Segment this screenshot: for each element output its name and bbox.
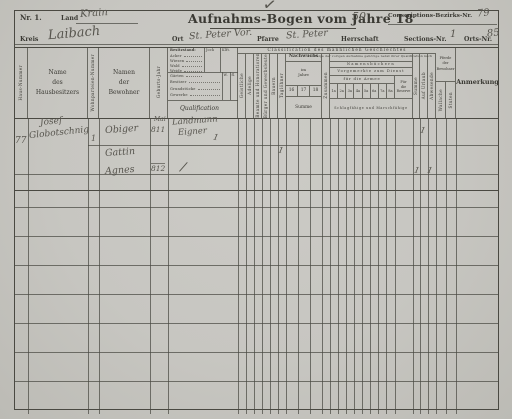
kreis-label: Kreis — [20, 36, 38, 43]
grid-vline — [28, 119, 29, 414]
grid-vline — [330, 119, 331, 414]
entry-bewohner-3: Agnes — [105, 164, 135, 177]
col-geburtsjahr: Geburts-Jahr — [150, 47, 168, 118]
grid-vline — [254, 119, 255, 414]
namensbuecher-text: Namensbüchern — [347, 62, 395, 66]
entry-geburt-1a: Mai — [154, 116, 166, 123]
right-col-abwesende: Abwesende — [428, 54, 436, 119]
entry-bewohner-2: Gattin — [105, 146, 136, 159]
header-rule-1 — [14, 44, 499, 45]
besitz-unit-fl: fl. — [232, 73, 236, 77]
grid-vline — [386, 119, 387, 414]
pferde-col-label: Stuten — [448, 92, 453, 109]
grid-hline — [14, 352, 499, 353]
wert-row-label: Grundstücke — [170, 87, 196, 91]
conscription-label: Conscriptions-Bezirks-Nr. — [388, 13, 472, 19]
pferde-col-stuten: Stuten — [446, 82, 456, 118]
conscription-value: 79 — [476, 7, 490, 19]
census-form-page: Nr. 1. Land Krain Aufnahms-Bogen vom Jah… — [0, 0, 512, 419]
grid-vline — [150, 119, 151, 414]
col-bewohner-l3: Bewohner — [109, 89, 140, 96]
vorgemerkt-bottom: Schlagfähige und Marschfähige — [330, 99, 413, 118]
grid-vline — [99, 119, 100, 414]
armee-text: für die Armee — [343, 77, 380, 82]
pferde-header: Pferde der Bewohner — [436, 47, 456, 82]
grid-vline — [168, 119, 169, 414]
grid-vline — [370, 119, 371, 414]
nachwuchs-year-18: 18 — [310, 86, 322, 97]
orts-value: 85 — [486, 27, 500, 39]
wert-row-label: Besitzer — [170, 80, 187, 84]
armee-year-cell: 1a — [330, 84, 338, 98]
pferde-l3: Bewohner — [437, 67, 455, 72]
grid-hline — [14, 323, 499, 324]
grid-hline — [14, 190, 499, 191]
qualification-label: Qualification — [180, 105, 219, 112]
armee-year-cell: 8a — [387, 84, 395, 98]
col-anmerkung: Anmerkung — [456, 47, 499, 118]
table-header-bottom-rule — [14, 118, 499, 119]
besitz-unit-klafter: Klft. — [222, 48, 230, 52]
grid-vline — [428, 119, 429, 414]
zusammen-col: Zusammen — [322, 54, 330, 119]
grid-vline — [322, 119, 323, 414]
grid-vline — [286, 119, 287, 414]
col-haus-nr-label: Haus-Nummer — [18, 65, 23, 101]
form-title-year: 50 — [352, 10, 366, 23]
class-col-beamte: Beamte und Honoratioren — [254, 54, 262, 119]
entry-wohnpartei: 1 — [91, 134, 96, 143]
nachwuchs-mid2: Jahre — [298, 73, 309, 78]
col-wohnpartei-label: Wohnparteien-Nummer — [90, 54, 95, 112]
armee-year-cell: 7a — [379, 84, 387, 98]
grid-vline — [420, 119, 421, 414]
armee-year-cell: 2a — [338, 84, 346, 98]
wert-row-label: Gewerbe — [170, 93, 188, 97]
grid-vline — [278, 119, 279, 414]
pferde-col-label: Wallache — [438, 89, 443, 111]
land-label: Land — [61, 15, 78, 22]
grid-hline — [14, 265, 499, 266]
class-col-bauern: Bauern — [270, 54, 278, 119]
grid-vline — [378, 119, 379, 414]
grid-vline — [338, 119, 339, 414]
col-geburtsjahr-label: Geburts-Jahr — [156, 66, 161, 98]
pfarre-label: Pfarre — [257, 36, 279, 43]
classification-title: Classification des männlichen Geschlecht… — [267, 47, 406, 52]
land-value: Krain — [80, 7, 109, 20]
besitz-wert-rows: Besitzer Grundstücke Gewerbe — [170, 79, 222, 97]
vorgemerkt-armee: für die Armee — [330, 76, 395, 84]
right-col-label: Abwesende — [429, 72, 434, 100]
grid-vline — [446, 119, 447, 414]
class-col-label: Taglöhner — [279, 73, 284, 98]
armee-year-cell: 4a — [354, 84, 362, 98]
col-hausbesitzer-l1: Name — [48, 69, 66, 76]
class-col-label: Geistliche — [239, 73, 244, 98]
vorgemerkt-bottom-text: Schlagfähige und Marschfähige — [334, 107, 408, 111]
nachwuchs-year-16: 16 — [286, 86, 298, 97]
grid-vline — [346, 119, 347, 414]
pferde-col-wallache: Wallache — [436, 82, 446, 118]
grid-vline — [354, 119, 355, 414]
col-hausbesitzer-l3: Hausbesitzers — [36, 89, 79, 96]
ort-label: Ort — [172, 36, 184, 43]
armee-year-cells: 1a 2a 3a 4a 5a 6a 7a 8a — [330, 84, 395, 99]
vorgemerkt-dienst: Vorgemerkte zum Dienst — [330, 68, 413, 76]
class-col-label: Bürger und Gewerbsleute — [263, 54, 268, 118]
entry-bewohner-1: Obiger — [105, 123, 139, 136]
right-col-urlaub: Auf Urlaub — [420, 54, 428, 119]
class-col-buerger: Bürger und Gewerbsleute — [262, 54, 270, 119]
entry-occupation-2: Eigner — [178, 126, 208, 138]
nachwuchs-mid: im Jahre — [286, 62, 322, 87]
besitz-unit-joch: Joch — [206, 48, 214, 52]
grid-hline — [14, 294, 499, 295]
form-number: Nr. 1. — [20, 13, 42, 22]
vorgemerkt-header: In Folge der vorigen Aufnahme gehörige n… — [330, 54, 413, 62]
form-title: Aufnahms-Bogen vom Jahre 18 — [188, 11, 414, 26]
col-bewohner-l1: Namen — [113, 69, 135, 76]
grid-vline — [270, 119, 271, 414]
nachwuchs-year-17: 17 — [298, 86, 310, 97]
sections-value: 1 — [450, 29, 456, 40]
grid-vline — [246, 119, 247, 414]
class-col-tagloehner: Taglöhner — [278, 54, 286, 119]
grid-vline — [413, 119, 414, 414]
armee-year-cell: 5a — [363, 84, 371, 98]
herrschaft-label: Herrschaft — [341, 36, 379, 43]
armee-year-cell: 6a — [371, 84, 379, 98]
besitz-title: Besitzstand: — [170, 48, 196, 52]
nachwuchs-y2: 17 — [301, 88, 307, 93]
grid-hline — [88, 145, 499, 146]
class-col-geistliche: Geistliche — [238, 54, 246, 119]
col-hausbesitzer: Name des Hausbesitzers — [28, 47, 88, 118]
right-col-label: Summe — [413, 77, 418, 95]
grid-vline — [436, 119, 437, 414]
grid-vline — [262, 119, 263, 414]
right-col-summe: Summe — [413, 54, 420, 119]
nachwuchs-y1: 16 — [289, 88, 295, 93]
entry-geburt-1b: 811 — [151, 125, 165, 134]
col-hausbesitzer-l2: des — [52, 79, 62, 86]
class-col-adelige: Adelige — [246, 54, 254, 119]
besitz-rows: Acker Wiesen Wald Weide Gärten — [170, 53, 204, 72]
besitz-row-label: Gärten — [170, 74, 184, 78]
land-underline — [76, 23, 138, 24]
entry-geburt-3: 812 — [151, 163, 165, 173]
grid-vline — [395, 119, 396, 414]
grid-vline — [456, 119, 457, 414]
grid-vline — [238, 119, 239, 414]
class-col-label: Adelige — [247, 76, 252, 95]
grid-hline — [14, 236, 499, 237]
class-col-label: Bauern — [271, 77, 276, 95]
sections-label: Sections-Nr. — [404, 36, 447, 43]
col-wohnpartei: Wohnparteien-Nummer — [88, 47, 99, 118]
grid-hline — [14, 207, 499, 208]
reserve-l3: Reserve — [397, 89, 411, 94]
grid-vline — [298, 119, 299, 414]
zusammen-col-label: Zusammen — [323, 72, 328, 99]
nachwuchs-summe: Summe — [286, 97, 322, 118]
anmerkung-label: Anmerkung — [456, 79, 499, 87]
besitz-unit-w: W. — [224, 73, 228, 77]
reserve-col: Für die Reserve — [395, 76, 413, 99]
class-col-label: Beamte und Honoratioren — [255, 53, 260, 118]
col-bewohner: Namen der Bewohner — [99, 47, 150, 118]
armee-year-cell: 3a — [346, 84, 354, 98]
nachwuchs-y3: 18 — [313, 88, 319, 93]
conscription-underline — [388, 24, 497, 25]
nachwuchs-summe-label: Summe — [295, 105, 312, 110]
dienst-text: Vorgemerkte zum Dienst — [337, 69, 404, 73]
right-col-label: Auf Urlaub — [421, 72, 426, 99]
col-haus-nr: Haus-Nummer — [14, 47, 28, 118]
grid-hline — [14, 381, 499, 382]
col-bewohner-l2: der — [119, 79, 129, 86]
entry-haus-nr: 77 — [15, 136, 26, 146]
grid-vline — [362, 119, 363, 414]
grid-vline — [88, 119, 89, 414]
grid-vline — [310, 119, 311, 414]
